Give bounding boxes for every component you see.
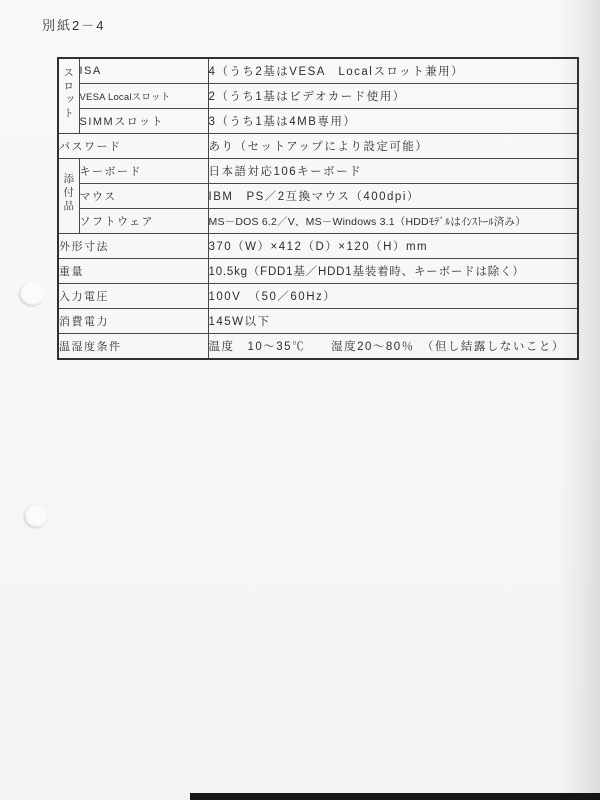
spec-label: 外形寸法 <box>58 234 208 259</box>
spec-table: スロット ISA 4（うち2基はVESA Localスロット兼用） VESA L… <box>57 57 579 360</box>
table-row: VESA Localスロット 2（うち1基はビデオカード使用） <box>58 84 578 109</box>
table-row: 添付品 キーボード 日本語対応106キーボード <box>58 159 578 184</box>
spec-value: あり（セットアップにより設定可能） <box>208 134 578 159</box>
group-label-slots: スロット <box>58 58 79 134</box>
spec-value: 145W以下 <box>208 309 578 334</box>
spec-label: 入力電圧 <box>58 284 208 309</box>
scanned-page: 別紙2－4 スロット ISA 4（うち2基はVESA Localスロット兼用） … <box>0 0 600 800</box>
table-row: マウス IBM PS／2互換マウス（400dpi） <box>58 184 578 209</box>
table-row: パスワード あり（セットアップにより設定可能） <box>58 134 578 159</box>
spec-value: 2（うち1基はビデオカード使用） <box>208 84 578 109</box>
spec-label: 消費電力 <box>58 309 208 334</box>
spec-value: 温度 10〜35℃ 湿度20〜80％ （但し結露しないこと） <box>208 334 578 360</box>
punch-hole <box>25 505 47 527</box>
page-note: 別紙2－4 <box>42 15 105 34</box>
spec-value: 10.5kg（FDD1基／HDD1基装着時、キーボードは除く） <box>208 259 578 284</box>
spec-label: マウス <box>79 184 208 209</box>
spec-value: MS－DOS 6.2／V、MS－Windows 3.1（HDDﾓﾃﾞﾙはｲﾝｽﾄ… <box>208 209 578 234</box>
group-label-accessories: 添付品 <box>58 159 79 234</box>
spec-label: SIMMスロット <box>79 109 208 134</box>
table-row: スロット ISA 4（うち2基はVESA Localスロット兼用） <box>58 58 578 84</box>
spec-value: 日本語対応106キーボード <box>208 159 578 184</box>
spec-value: 370（W）×412（D）×120（H）mm <box>208 234 578 259</box>
table-row: 重量 10.5kg（FDD1基／HDD1基装着時、キーボードは除く） <box>58 259 578 284</box>
table-row: 外形寸法 370（W）×412（D）×120（H）mm <box>58 234 578 259</box>
punch-hole <box>20 282 45 305</box>
table-row: 温湿度条件 温度 10〜35℃ 湿度20〜80％ （但し結露しないこと） <box>58 334 578 360</box>
spec-value: 4（うち2基はVESA Localスロット兼用） <box>208 58 578 84</box>
spec-value: IBM PS／2互換マウス（400dpi） <box>208 184 578 209</box>
table-row: ソフトウェア MS－DOS 6.2／V、MS－Windows 3.1（HDDﾓﾃ… <box>58 209 578 234</box>
table-row: 入力電圧 100V （50／60Hz） <box>58 284 578 309</box>
spec-label: VESA Localスロット <box>79 84 208 109</box>
spec-label: ISA <box>79 58 208 84</box>
spec-label: パスワード <box>58 134 208 159</box>
scan-edge-artifact <box>190 793 600 800</box>
spec-value: 100V （50／60Hz） <box>208 284 578 309</box>
table-row: 消費電力 145W以下 <box>58 309 578 334</box>
spec-label: キーボード <box>79 159 208 184</box>
table-row: SIMMスロット 3（うち1基は4MB専用） <box>58 109 578 134</box>
spec-label: 重量 <box>58 259 208 284</box>
spec-label: ソフトウェア <box>79 209 208 234</box>
spec-label: 温湿度条件 <box>58 334 208 360</box>
spec-value: 3（うち1基は4MB専用） <box>208 109 578 134</box>
